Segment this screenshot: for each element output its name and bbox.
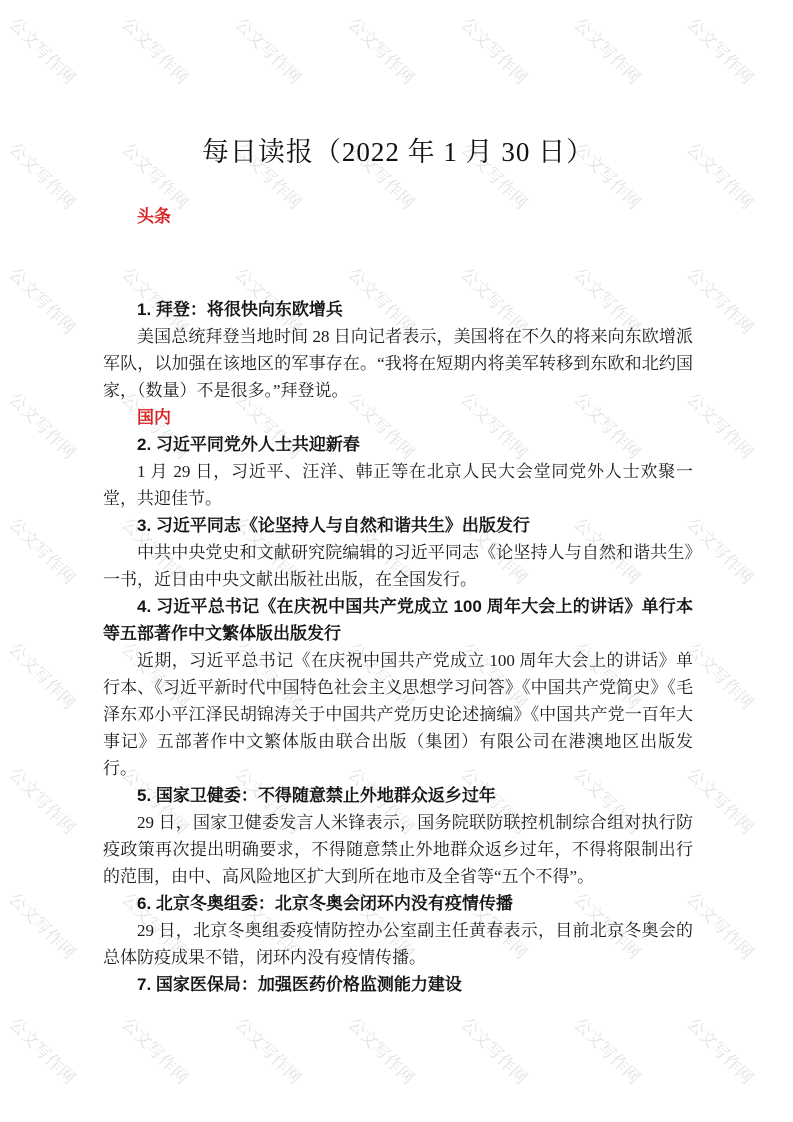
watermark-text: 公文写作网	[458, 1015, 530, 1087]
watermark-text: 公文写作网	[571, 1015, 643, 1087]
watermark-text: 公文写作网	[684, 15, 756, 87]
document-page: 公文写作网公文写作网公文写作网公文写作网公文写作网公文写作网公文写作网公文写作网…	[0, 0, 793, 1122]
section-label-domestic: 国内	[103, 404, 693, 431]
watermark-text: 公文写作网	[684, 1015, 756, 1087]
watermark-text: 公文写作网	[6, 1015, 78, 1087]
document-title: 每日读报（2022 年 1 月 30 日）	[103, 132, 693, 172]
news-item-title: 2. 习近平同党外人士共迎新春	[103, 431, 693, 458]
news-item-title: 7. 国家医保局：加强医药价格监测能力建设	[103, 971, 693, 998]
news-item-3: 3. 习近平同志《论坚持人与自然和谐共生》出版发行 中共中央党史和文献研究院编辑…	[103, 512, 693, 593]
news-item-7: 7. 国家医保局：加强医药价格监测能力建设	[103, 971, 693, 998]
watermark-text: 公文写作网	[345, 15, 417, 87]
news-item-1: 1. 拜登：将很快向东欧增兵 美国总统拜登当地时间 28 日向记者表示，美国将在…	[103, 296, 693, 404]
watermark-text: 公文写作网	[458, 15, 530, 87]
news-item-4: 4. 习近平总书记《在庆祝中国共产党成立 100 周年大会上的讲话》单行本等五部…	[103, 593, 693, 782]
watermark-text: 公文写作网	[119, 15, 191, 87]
news-item-title: 3. 习近平同志《论坚持人与自然和谐共生》出版发行	[103, 512, 693, 539]
news-item-2: 2. 习近平同党外人士共迎新春 1 月 29 日，习近平、汪洋、韩正等在北京人民…	[103, 431, 693, 512]
watermark-text: 公文写作网	[232, 1015, 304, 1087]
watermark-text: 公文写作网	[6, 15, 78, 87]
watermark-text: 公文写作网	[571, 15, 643, 87]
news-item-body: 1 月 29 日，习近平、汪洋、韩正等在北京人民大会堂同党外人士欢聚一堂，共迎佳…	[103, 458, 693, 512]
news-item-title: 5. 国家卫健委：不得随意禁止外地群众返乡过年	[103, 782, 693, 809]
news-item-title: 1. 拜登：将很快向东欧增兵	[103, 296, 693, 323]
news-item-body: 29 日，北京冬奥组委疫情防控办公室副主任黄春表示，目前北京冬奥会的总体防疫成果…	[103, 917, 693, 971]
watermark-text: 公文写作网	[119, 1015, 191, 1087]
news-item-6: 6. 北京冬奥组委：北京冬奥会闭环内没有疫情传播 29 日，北京冬奥组委疫情防控…	[103, 890, 693, 971]
news-item-title: 4. 习近平总书记《在庆祝中国共产党成立 100 周年大会上的讲话》单行本等五部…	[103, 593, 693, 647]
section-label-headlines: 头条	[103, 203, 693, 230]
news-item-body: 29 日，国家卫健委发言人米锋表示，国务院联防联控机制综合组对执行防疫政策再次提…	[103, 809, 693, 890]
document-content: 每日读报（2022 年 1 月 30 日） 头条 1. 拜登：将很快向东欧增兵 …	[0, 132, 793, 998]
news-item-title: 6. 北京冬奥组委：北京冬奥会闭环内没有疫情传播	[103, 890, 693, 917]
watermark-text: 公文写作网	[232, 15, 304, 87]
news-item-5: 5. 国家卫健委：不得随意禁止外地群众返乡过年 29 日，国家卫健委发言人米锋表…	[103, 782, 693, 890]
news-item-body: 中共中央党史和文献研究院编辑的习近平同志《论坚持人与自然和谐共生》一书，近日由中…	[103, 539, 693, 593]
watermark-text: 公文写作网	[345, 1015, 417, 1087]
news-item-body: 近期，习近平总书记《在庆祝中国共产党成立 100 周年大会上的讲话》单行本、《习…	[103, 647, 693, 782]
news-item-body: 美国总统拜登当地时间 28 日向记者表示，美国将在不久的将来向东欧增派军队，以加…	[103, 323, 693, 404]
